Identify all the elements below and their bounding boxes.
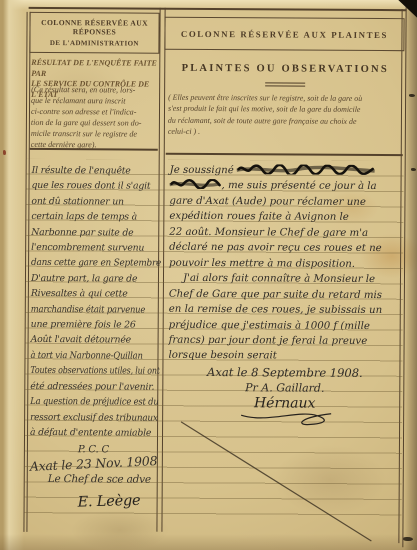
handwritten-line: ont dû stationner un xyxy=(31,194,158,210)
right-printed-note: ( Elles peuvent être inscrites sur le re… xyxy=(168,92,408,139)
handwritten-line: Août l'avait détournée xyxy=(31,332,158,348)
inquiry-result-title-line1: RÉSULTAT DE L'ENQUÊTE FAITE PAR xyxy=(31,58,159,80)
right-note-line: celui-ci ) . xyxy=(168,126,408,139)
right-date: Axat le 8 Septembre 1908. xyxy=(168,364,401,381)
handwritten-line: certain laps de temps à xyxy=(31,209,158,225)
complaints-observations-title: PLAINTES OU OBSERVATIONS xyxy=(167,63,403,75)
handwritten-line: D'autre part, la gare de xyxy=(31,271,158,287)
handwritten-line: J'ai alors fait connaître à Monsieur le xyxy=(169,271,402,288)
header-top-rule xyxy=(29,7,407,11)
left-note-line: ci-contre son adresse et l'indica- xyxy=(31,107,163,119)
complaints-header-box: COLONNE RÉSERVÉE AUX PLAINTES xyxy=(164,17,404,51)
handwritten-line: en la remise de ces roues, je subissais … xyxy=(169,302,402,319)
handwritten-line: gare d'Axat (Aude) pour réclamer une xyxy=(169,194,402,211)
handwritten-line: Rivesaltes à qui cette xyxy=(31,286,158,302)
handwritten-line: ressort exclusif des tribunaux xyxy=(30,409,151,425)
left-note-line: tion de la gare qui dessert son do- xyxy=(31,118,163,130)
administration-response-text: Il résulte de l'enquête que les roues do… xyxy=(30,163,159,510)
right-note-line: du réclamant, soit de toute autre gare f… xyxy=(168,114,408,127)
handwritten-line: expédition roues faite à Avignon le xyxy=(169,209,402,226)
left-signatory-role: Le Chef de sce adve xyxy=(48,472,157,488)
handwritten-line: l'encombrement survenu xyxy=(31,240,158,256)
handwritten-line: été adressées pour l'avenir. xyxy=(30,379,157,395)
handwritten-line: à défaut d'entente amiable xyxy=(30,425,157,441)
scanned-register-page: { "page_colors": { "paper": "#d7c28c", "… xyxy=(0,0,417,550)
left-note-line: micile transcrit sur le registre de xyxy=(31,129,163,141)
handwritten-line: Narbonne par suite de xyxy=(31,225,158,241)
responses-header-box: COLONNE RÉSERVÉE AUX RÉPONSES DE L'ADMIN… xyxy=(29,12,159,54)
handwritten-line: préjudice que j'estimais à 1000 f (mille xyxy=(169,317,402,334)
right-signature-name: Hérnaux xyxy=(254,395,316,411)
complaint-opening: Je soussigné xyxy=(170,165,234,176)
handwritten-line: à tort via Narbonne-Quillan xyxy=(30,348,144,364)
handwritten-line: Toutes observations utiles, lui ont xyxy=(30,363,138,379)
left-note-line: que le réclamant aura inscrit xyxy=(31,96,163,108)
complaint-line: , me suis présenté ce jour à la xyxy=(222,181,377,193)
handwritten-line: Chef de Gare que par suite du retard mis xyxy=(169,286,402,303)
handwritten-line: La question de préjudice est du xyxy=(30,394,144,410)
right-section-rule xyxy=(166,153,403,156)
handwritten-line: , me suis présenté ce jour à la xyxy=(169,178,402,195)
handwritten-line: déclaré ne pas avoir reçu ces roues et n… xyxy=(169,240,402,257)
scribbled-out-name xyxy=(170,179,222,189)
left-note-line: (Ce résultat sera, en outre, lors- xyxy=(31,85,163,97)
handwritten-line: dans cette gare en Septembre xyxy=(31,255,152,271)
diagonal-pen-stroke xyxy=(179,421,374,544)
handwritten-line: que les roues dont il s'agit xyxy=(31,178,158,194)
complaints-header: COLONNE RÉSERVÉE AUX PLAINTES xyxy=(181,28,388,39)
handwritten-line: marchandise était parvenue xyxy=(31,302,145,318)
handwritten-line: une première fois le 26 xyxy=(31,317,158,333)
responses-header-line2: DE L'ADMINISTRATION xyxy=(50,39,139,48)
complaint-text: Je soussigné , me suis présenté ce jour … xyxy=(168,163,403,426)
scribbled-out-name xyxy=(237,164,377,175)
register-sheet: COLONNE RÉSERVÉE AUX RÉPONSES DE L'ADMIN… xyxy=(0,0,417,550)
handwritten-line: 22 août. Monsieur le Chef de gare m'a xyxy=(169,225,402,242)
left-signature: E. Leège xyxy=(77,493,156,511)
title-double-underline xyxy=(265,82,305,86)
handwritten-line: pouvoir les mettre à ma disposition. xyxy=(169,255,402,272)
handwritten-line: Je soussigné xyxy=(170,163,403,180)
left-printed-note: (Ce résultat sera, en outre, lors- que l… xyxy=(31,85,163,151)
responses-header-line1: COLONNE RÉSERVÉE AUX RÉPONSES xyxy=(30,18,158,37)
handwritten-line: Il résulte de l'enquête xyxy=(32,163,159,179)
per-signature: Pr A. Gaillard. xyxy=(168,380,401,396)
handwritten-line: francs) par jour dont je ferai la preuve xyxy=(169,333,402,350)
right-note-line: s'est produit le fait qui les motive, so… xyxy=(168,103,408,116)
handwritten-line: lorsque besoin serait xyxy=(168,348,401,365)
